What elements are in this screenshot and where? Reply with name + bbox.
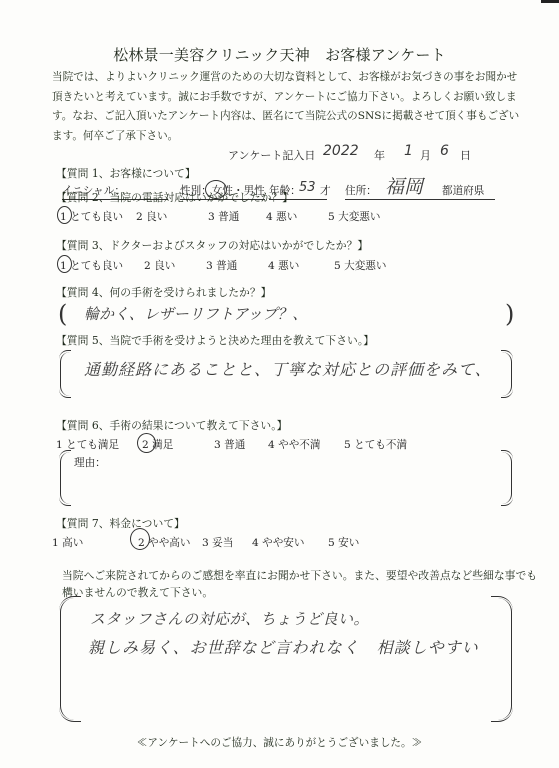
q2-option-5[interactable]: 5 大変悪い [328, 209, 380, 224]
q3-option-2[interactable]: 2 良い [144, 258, 175, 273]
q5-heading: 【質問 5、当院で手術を受けようと決めた理由を教えて下さい。】 [56, 333, 374, 348]
survey-title: 松林景一美容クリニック天神 お客様アンケート [0, 44, 559, 65]
date-month-unit: 月 [420, 147, 431, 163]
address-unit: 都道府県 [442, 183, 484, 198]
q5-answer: 通勤経路にあることと、丁寧な対応との評価をみて、 [84, 357, 492, 380]
q4-heading: 【質問 4、何の手術を受けられましたか？】 [56, 285, 271, 300]
q6-option-4[interactable]: 4 やや不満 [268, 437, 320, 452]
q2-selected-circle [57, 206, 72, 224]
address-label: 住所： [345, 185, 377, 197]
q1-heading: 【質問 1、お客様について】 [56, 166, 196, 181]
q6-reason-box[interactable] [60, 452, 512, 504]
scan-edge-mark [541, 0, 559, 3]
comments-answer-line2: 親しみ易く、お世辞など言われなく 相談しやすい [88, 635, 479, 658]
q7-selected-circle [130, 528, 150, 550]
date-month: 1 [404, 143, 413, 159]
q7-option-1[interactable]: 1 高い [52, 535, 83, 550]
comments-answer-line1: スタッフさんの対応が、ちょうど良い。 [90, 608, 369, 629]
q7-option-4[interactable]: 4 やや安い [252, 535, 304, 550]
q6-heading: 【質問 6、手術の結果について教えて下さい。】 [56, 418, 287, 433]
address-value: 福岡 [385, 172, 423, 199]
q6-reason-label: 理由： [74, 455, 106, 470]
q6-option-5[interactable]: 5 とても不満 [344, 437, 407, 452]
age-unit: 才 [320, 183, 331, 198]
q7-option-5[interactable]: 5 安い [328, 535, 359, 550]
q3-selected-circle [57, 255, 72, 273]
q2-option-2[interactable]: 2 良い [136, 209, 167, 224]
q2-option-4[interactable]: 4 悪い [266, 209, 297, 224]
q7-heading: 【質問 7、料金について】 [56, 516, 185, 531]
comments-prompt-line1: 当院へご来院されてからのご感想を率直にお聞かせ下さい。また、要望や改善点など些細… [62, 568, 537, 583]
date-label: アンケート記入日 [228, 147, 315, 163]
date-day: 6 [440, 143, 449, 159]
q2-heading: 【質問 2、当院の電話対応はいかがでしたか？】 [56, 190, 293, 205]
date-year-unit: 年 [374, 147, 385, 163]
age-value: 53 [299, 180, 316, 195]
q6-selected-circle [137, 433, 156, 453]
q4-open-bracket: ( [58, 300, 67, 328]
q3-heading: 【質問 3、ドクターおよびスタッフの対応はいかがでしたか？】 [56, 238, 368, 253]
survey-intro: 当院では、よりよいクリニック運営のための大切な資料として、お客様がお気づきの事を… [52, 68, 522, 146]
q3-option-5[interactable]: 5 大変悪い [334, 258, 386, 273]
q4-answer[interactable]: 輪かく、レザーリフトアップ？、 [84, 303, 307, 324]
q7-option-3[interactable]: 3 妥当 [202, 535, 233, 550]
q4-close-bracket: ) [505, 300, 514, 328]
q2-option-3[interactable]: 3 普通 [208, 209, 239, 224]
thank-you-footer: ≪アンケートへのご協力、誠にありがとうございました。≫ [0, 735, 559, 750]
q3-option-4[interactable]: 4 悪い [268, 258, 299, 273]
q3-option-3[interactable]: 3 普通 [206, 258, 237, 273]
date-year: 2022 [323, 143, 359, 159]
q6-option-3[interactable]: 3 普通 [214, 437, 245, 452]
date-day-unit: 日 [460, 147, 471, 163]
